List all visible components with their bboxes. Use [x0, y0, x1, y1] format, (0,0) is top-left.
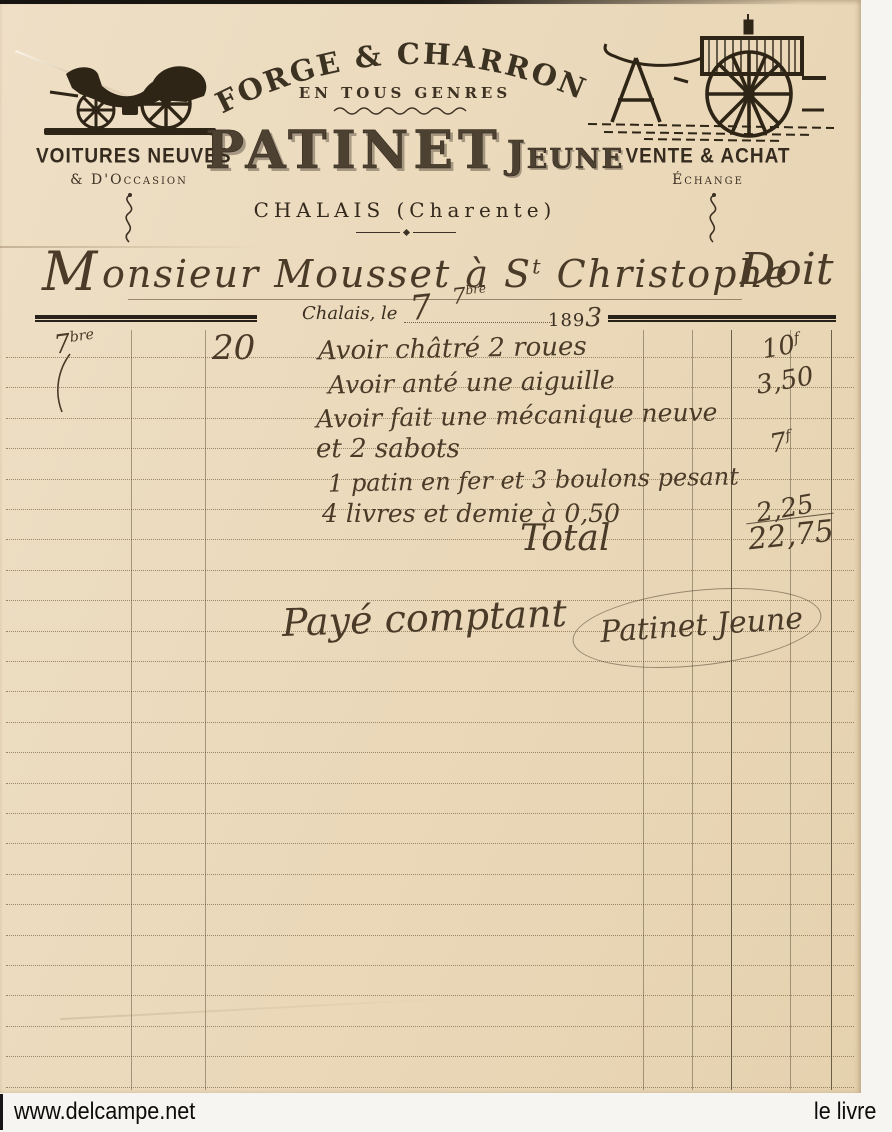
double-rule-right	[608, 315, 836, 322]
year-printed: 189	[548, 310, 585, 331]
ruled-line	[6, 1087, 854, 1088]
date-dotted-line	[404, 322, 554, 323]
total-label: Total	[520, 518, 610, 559]
scanned-invoice-page: { "colors": { "paper": "#ebdabc", "print…	[0, 0, 892, 1132]
column-line	[643, 330, 644, 1090]
addressee-underline	[128, 299, 742, 300]
left-subcaption: & D'Occasion	[36, 172, 222, 188]
mini-divider	[356, 230, 456, 235]
margin-month-tail	[52, 352, 76, 414]
dateline-month: 7bre	[451, 281, 488, 310]
ruled-line	[6, 904, 854, 905]
ruled-line	[6, 539, 854, 540]
double-rule-left	[35, 315, 257, 322]
ledger-amount: 3,50	[754, 361, 816, 401]
ruled-line	[6, 813, 854, 814]
column-line	[831, 330, 832, 1090]
doit-word: Doit	[740, 244, 834, 295]
addressee-sup: t	[532, 254, 542, 278]
watermark-left: www.delcampe.net	[14, 1098, 195, 1126]
addressee-script: onsieur Mousset à St Christophe	[102, 252, 789, 296]
ruled-line	[6, 691, 854, 692]
squiggle-divider	[332, 104, 477, 116]
ledger-row: et 2 sabots	[316, 434, 460, 464]
left-caption: VOITURES NEUVES	[36, 145, 222, 170]
amount-value: 3,50	[754, 361, 816, 401]
scan-edge-top	[0, 0, 800, 4]
city-line: CHALAIS (Charente)	[205, 198, 605, 222]
dateline-city: Chalais, le	[302, 303, 397, 324]
ledger-row: Avoir anté une aiguille	[328, 366, 615, 400]
ruled-line	[6, 1056, 854, 1057]
year-hand-digit: 3	[585, 303, 603, 333]
flourish-ornament-right	[700, 192, 726, 244]
addressee-prefix: M	[42, 240, 97, 303]
flourish-ornament-left	[116, 192, 142, 244]
paper-crease	[0, 246, 260, 248]
ruled-line	[6, 843, 854, 844]
column-line	[131, 330, 132, 1090]
ledger-amount: 10f	[760, 329, 803, 365]
amount-value: 10	[760, 330, 798, 365]
watermark-right: le livre	[814, 1098, 876, 1126]
ledger-row: Avoir châtré 2 roues	[318, 332, 587, 367]
paid-note: Payé comptant	[281, 591, 567, 645]
ruled-line	[6, 752, 854, 753]
right-subcaption: Échange	[608, 172, 808, 188]
ruled-line	[6, 874, 854, 875]
brand-name: PATINET Jeune	[205, 120, 605, 181]
dateline-year: 1893	[548, 303, 603, 333]
ledger-amount: 7f	[768, 426, 795, 459]
column-line	[731, 330, 732, 1090]
total-amount: 22,75	[746, 514, 835, 558]
brand-main: PATINET	[205, 120, 502, 181]
ruled-line	[6, 995, 854, 996]
ledger-row: 1 patin en fer et 3 boulons pesant	[328, 462, 739, 497]
margin-month-suffix: bre	[69, 327, 95, 346]
scan-artifact	[0, 1094, 3, 1130]
cart-illustration	[584, 12, 840, 144]
column-line	[692, 330, 693, 1090]
right-caption: VENTE & ACHAT	[608, 145, 808, 170]
month-suffix: bre	[465, 281, 487, 297]
ruled-line	[6, 570, 854, 571]
ruled-line	[6, 935, 854, 936]
invoice-paper: VOITURES NEUVES & D'Occasion FORGE & CHA…	[0, 0, 861, 1093]
ruled-line	[6, 722, 854, 723]
ledger-row: Avoir fait une mécanique neuve	[316, 397, 718, 433]
margin-day: 20	[212, 328, 255, 368]
ruled-line	[6, 783, 854, 784]
arc-subtitle: EN TOUS GENRES	[290, 84, 520, 102]
ruled-line	[6, 1026, 854, 1027]
column-line	[205, 330, 206, 1090]
ruled-line	[6, 965, 854, 966]
carriage-illustration	[38, 52, 222, 142]
